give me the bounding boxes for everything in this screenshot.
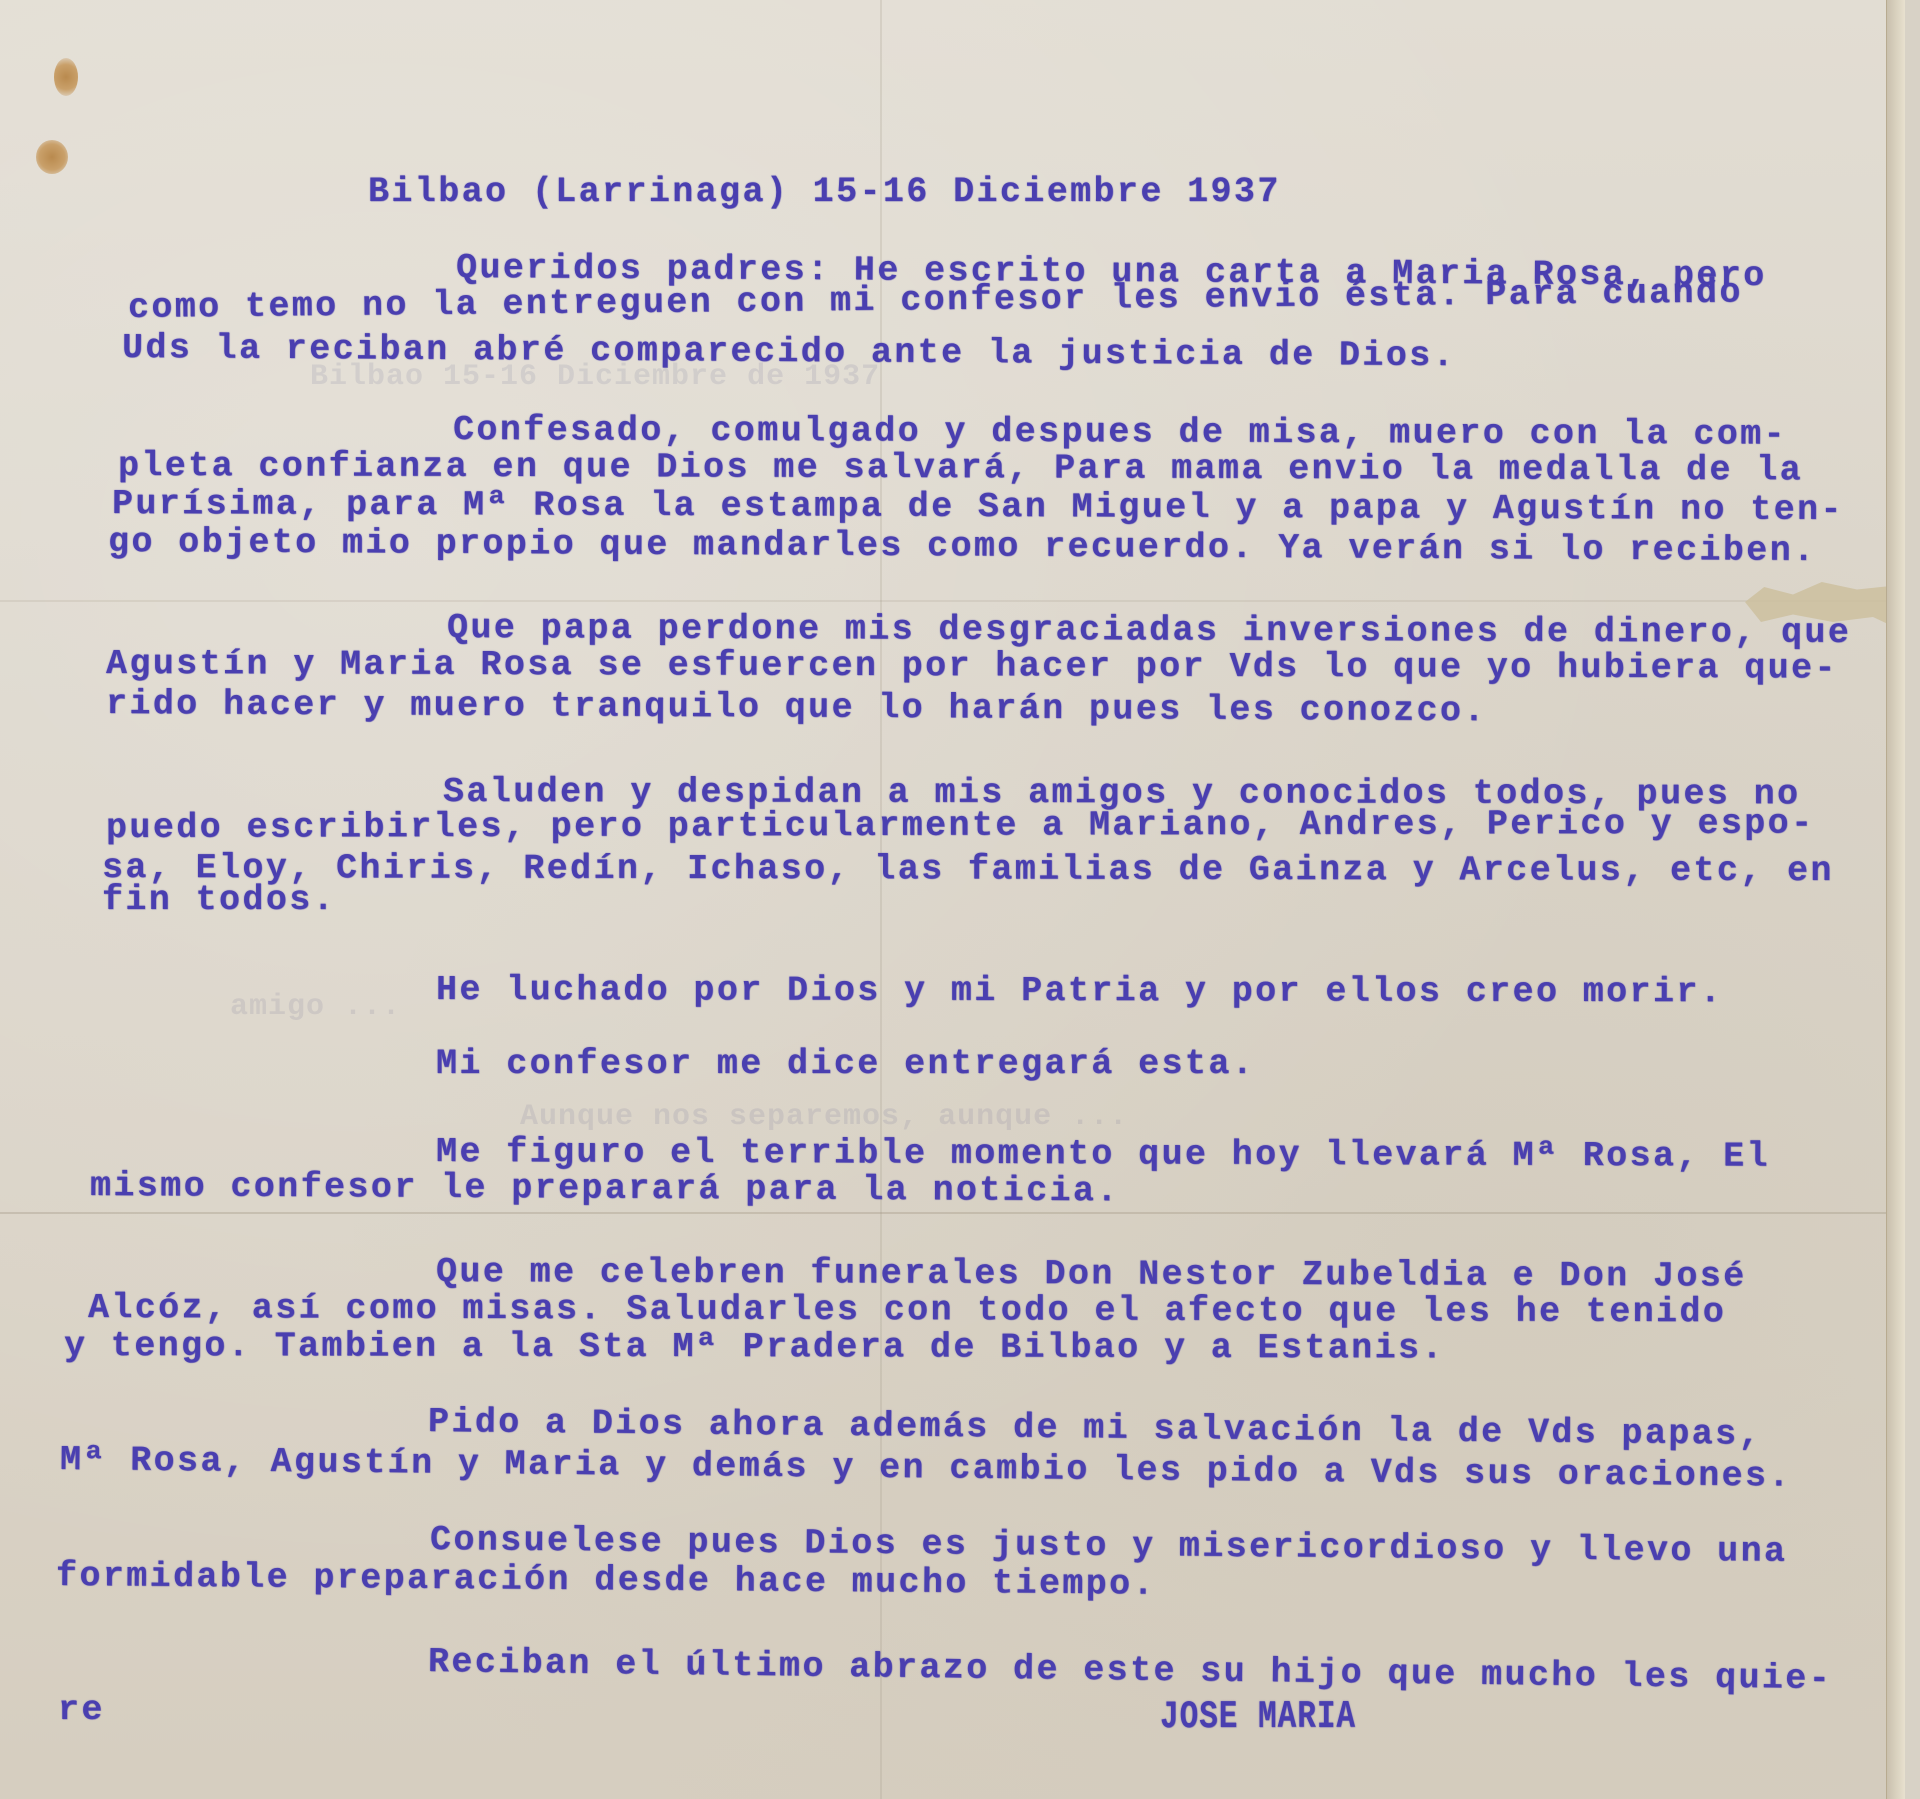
letter-line: sa, Eloy, Chiris, Redín, Ichaso, las fam… — [102, 848, 1834, 891]
letter-line: fin todos. — [102, 880, 336, 920]
bleed-through-text: Aunque nos separemos, aunque ... — [520, 1100, 1128, 1134]
rust-stain — [54, 58, 78, 96]
paper-fold-line — [0, 1212, 1905, 1214]
letter-place-date: Bilbao (Larrinaga) 15-16 Diciembre 1937 — [368, 172, 1281, 212]
letter-line: Mi confesor me dice entregará esta. — [436, 1044, 1255, 1084]
letter-line: re — [58, 1690, 105, 1730]
letter-line: He luchado por Dios y mi Patria y por el… — [436, 970, 1723, 1012]
bleed-through-text: amigo ... — [230, 990, 401, 1024]
rust-stain — [36, 140, 68, 174]
letter-line: como temo no la entreguen con mi confeso… — [128, 272, 1743, 327]
letter-paper: Bilbao 15-16 Diciembre de 1937 amigo ...… — [0, 0, 1905, 1799]
letter-line: Agustín y Maria Rosa se esfuercen por ha… — [106, 644, 1838, 689]
letter-line: puedo escribirles, pero particularmente … — [106, 804, 1815, 848]
paper-edge — [1886, 0, 1905, 1799]
letter-line: go objeto mio propio que mandarles como … — [108, 522, 1817, 571]
letter-line: Reciban el último abrazo de este su hijo… — [428, 1642, 1833, 1699]
letter-line: pleta confianza en que Dios me salvará, … — [118, 446, 1803, 490]
letter-line: mismo confesor le preparará para la noti… — [90, 1166, 1120, 1211]
letter-line: y tengo. Tambien a la Sta Mª Pradera de … — [64, 1326, 1445, 1368]
letter-line: rido hacer y muero tranquilo que lo hará… — [106, 684, 1487, 731]
paper-fold-line — [0, 600, 1905, 602]
letter-signature: JOSE MARIA — [1160, 1696, 1356, 1740]
letter-line: formidable preparación desde hace mucho … — [56, 1556, 1156, 1605]
letter-line: Uds la reciban abré comparecido ante la … — [122, 328, 1456, 376]
